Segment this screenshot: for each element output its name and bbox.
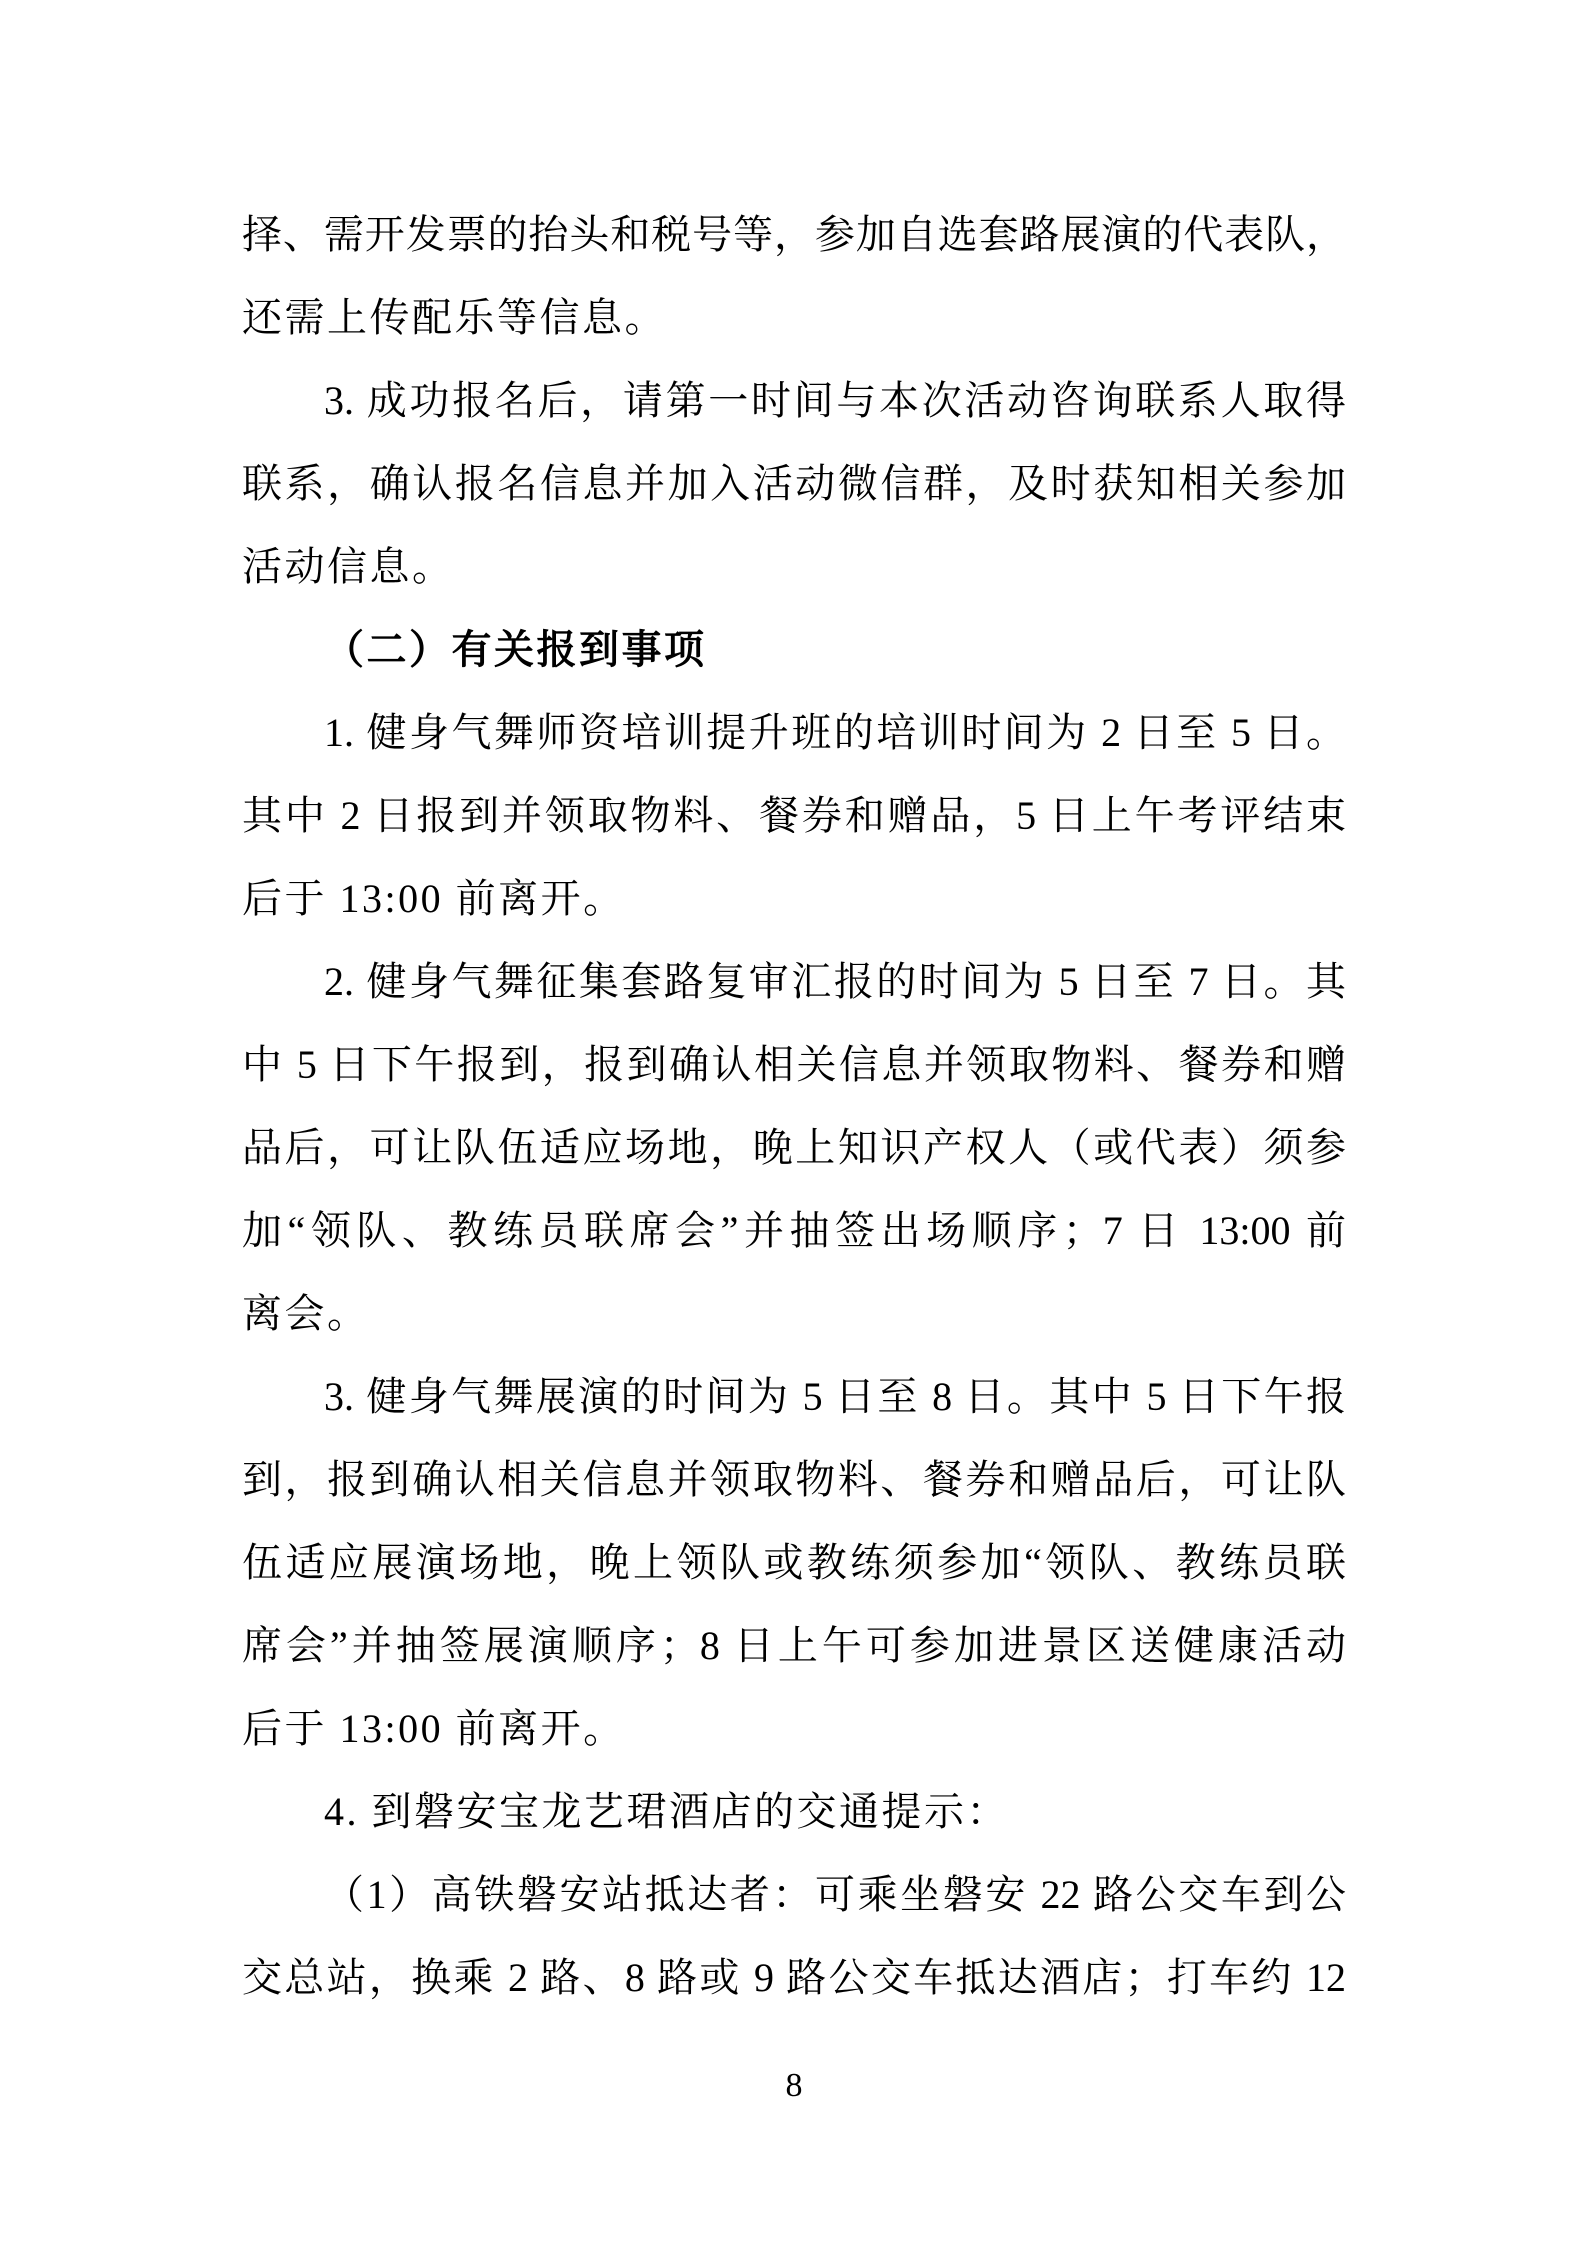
text-line: 后于 13:00 前离开。 [242,857,1346,940]
text-line: 联系，确认报名信息并加入活动微信群，及时获知相关参加 [242,442,1346,525]
text-line: 活动信息。 [242,525,1346,608]
text-line: （1）高铁磐安站抵达者：可乘坐磐安 22 路公交车到公 [242,1853,1346,1936]
text-line: 1. 健身气舞师资培训提升班的培训时间为 2 日至 5 日。 [242,691,1346,774]
text-line: 到，报到确认相关信息并领取物料、餐券和赠品后，可让队 [242,1438,1346,1521]
document-page: 择、需开发票的抬头和税号等，参加自选套路展演的代表队，还需上传配乐等信息。3. … [0,0,1588,2245]
text-line: 4. 到磐安宝龙艺珺酒店的交通提示： [242,1770,1346,1853]
text-line: （二）有关报到事项 [242,608,1346,691]
text-line: 择、需开发票的抬头和税号等，参加自选套路展演的代表队， [242,193,1346,276]
text-line: 品后，可让队伍适应场地，晚上知识产权人（或代表）须参 [242,1106,1346,1189]
text-line: 后于 13:00 前离开。 [242,1687,1346,1770]
text-line: 离会。 [242,1272,1346,1355]
text-line: 加“领队、教练员联席会”并抽签出场顺序；7 日 13:00 前 [242,1189,1346,1272]
text-line: 还需上传配乐等信息。 [242,276,1346,359]
text-line: 3. 健身气舞展演的时间为 5 日至 8 日。其中 5 日下午报 [242,1355,1346,1438]
text-line: 3. 成功报名后，请第一时间与本次活动咨询联系人取得 [242,359,1346,442]
text-line: 交总站，换乘 2 路、8 路或 9 路公交车抵达酒店；打车约 12 [242,1936,1346,2019]
text-line: 2. 健身气舞征集套路复审汇报的时间为 5 日至 7 日。其 [242,940,1346,1023]
text-line: 席会”并抽签展演顺序；8 日上午可参加进景区送健康活动 [242,1604,1346,1687]
text-line: 中 5 日下午报到，报到确认相关信息并领取物料、餐券和赠 [242,1023,1346,1106]
page-body: 择、需开发票的抬头和税号等，参加自选套路展演的代表队，还需上传配乐等信息。3. … [242,193,1346,2019]
text-line: 其中 2 日报到并领取物料、餐券和赠品，5 日上午考评结束 [242,774,1346,857]
text-line: 伍适应展演场地，晚上领队或教练须参加“领队、教练员联 [242,1521,1346,1604]
page-number: 8 [0,2062,1588,2110]
